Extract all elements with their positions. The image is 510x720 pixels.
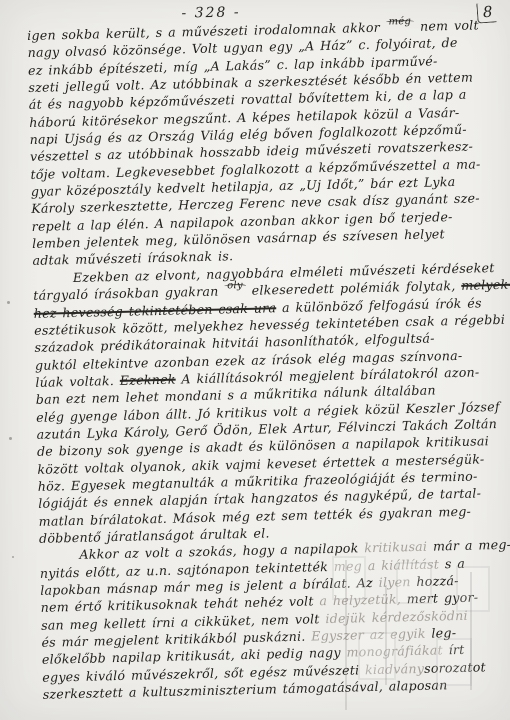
page-number: - 328 -	[163, 4, 259, 22]
handwritten-text: hozzá-	[416, 573, 459, 589]
manuscript-page: - 328 - 8 igen sokba került, s a művésze…	[0, 0, 510, 720]
faded-handwritten-text: kiadvány	[365, 661, 424, 677]
handwritten-text: már a meg-	[427, 537, 510, 554]
handwritten-text: sorozatot	[424, 659, 486, 675]
faded-handwritten-text: ilyen	[379, 574, 417, 590]
scan-speck	[12, 556, 14, 558]
struck-text: melyek-	[461, 277, 510, 293]
faded-handwritten-text: meg a kiállítást	[334, 556, 440, 573]
scan-speck	[7, 301, 10, 304]
handwritten-text: mert gyor-	[401, 590, 479, 607]
handwritten-text: lúak voltak.	[35, 373, 120, 390]
handwritten-text: írt	[448, 642, 464, 657]
manuscript-lines: igen sokba került, s a művészeti irodalo…	[27, 16, 510, 703]
inserted-word: oly	[224, 284, 246, 287]
handwritten-text: s a	[439, 555, 465, 571]
handwritten-text: leg-	[431, 625, 456, 641]
handwritten-text: nem volt	[414, 17, 479, 34]
inserted-word: még	[386, 20, 415, 23]
faded-handwritten-text: idejük kérdezősködni	[325, 607, 468, 625]
faded-handwritten-text: Egyszer az egyik	[311, 626, 431, 644]
scan-speck	[9, 437, 12, 440]
faded-handwritten-text: kritikusai	[364, 539, 427, 555]
struck-text: Ezeknek	[120, 371, 176, 387]
faded-handwritten-text: a helyzetük,	[319, 592, 401, 609]
faded-handwritten-text: monográfiákat	[346, 643, 449, 660]
